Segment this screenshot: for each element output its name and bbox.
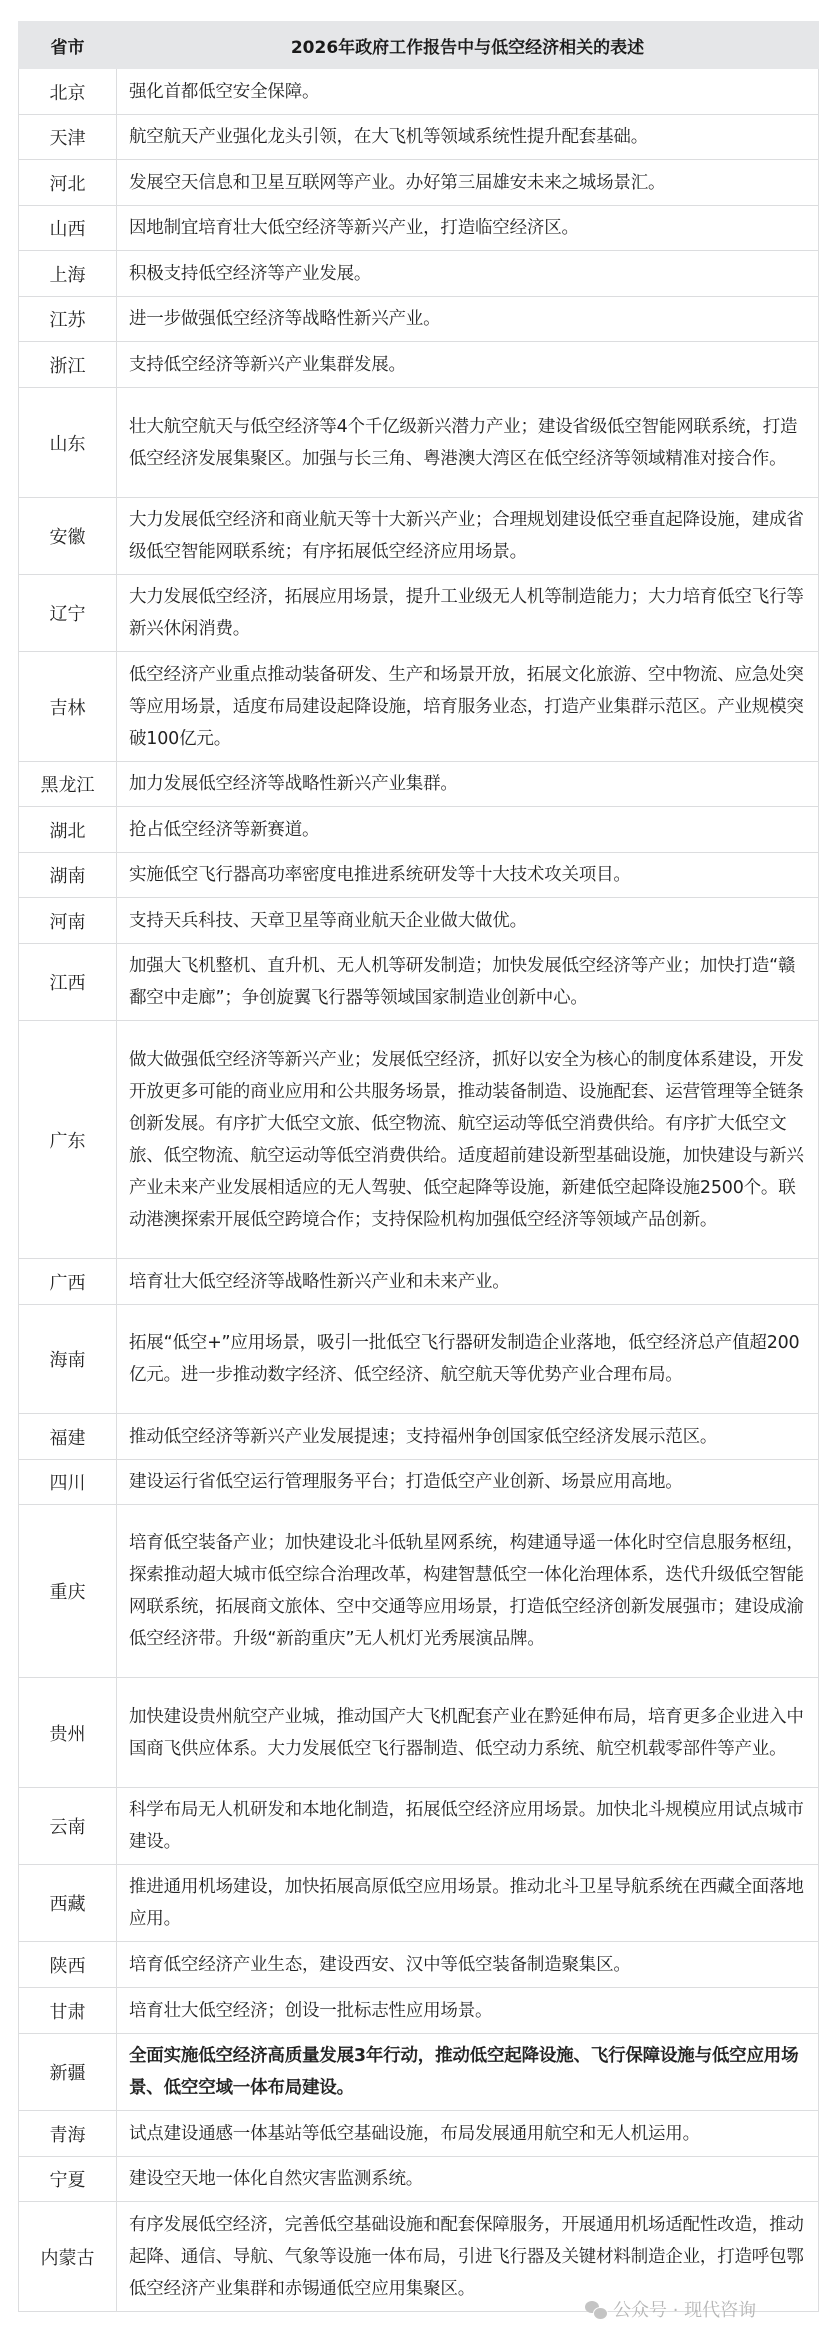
statement-cell: 拓展“低空+”应用场景，吸引一批低空飞行器研发制造企业落地，低空经济总产值超20…: [117, 1305, 819, 1414]
statement-cell: 推动低空经济等新兴产业发展提速；支持福州争创国家低空经济发展示范区。: [117, 1414, 819, 1460]
province-cell: 浙江: [19, 342, 117, 388]
province-cell: 湖南: [19, 853, 117, 898]
table-row: 河北发展空天信息和卫星互联网等产业。办好第三届雄安未来之城场景汇。: [19, 160, 819, 206]
statement-cell: 做大做强低空经济等新兴产业；发展低空经济，抓好以安全为核心的制度体系建设，开发开…: [117, 1021, 819, 1259]
table-row: 宁夏建设空天地一体化自然灾害监测系统。: [19, 2157, 819, 2202]
table-row: 甘肃培育壮大低空经济；创设一批标志性应用场景。: [19, 1988, 819, 2034]
table-row: 广西培育壮大低空经济等战略性新兴产业和未来产业。: [19, 1259, 819, 1305]
table-row: 安徽大力发展低空经济和商业航天等十大新兴产业；合理规划建设低空垂直起降设施，建成…: [19, 498, 819, 575]
province-cell: 湖北: [19, 807, 117, 853]
statement-cell: 壮大航空航天与低空经济等4个千亿级新兴潜力产业；建设省级低空智能网联系统，打造低…: [117, 388, 819, 498]
table-row: 广东做大做强低空经济等新兴产业；发展低空经济，抓好以安全为核心的制度体系建设，开…: [19, 1021, 819, 1259]
statement-cell: 加力发展低空经济等战略性新兴产业集群。: [117, 762, 819, 807]
table-row: 北京强化首都低空安全保障。: [19, 69, 819, 115]
province-cell: 山东: [19, 388, 117, 498]
statement-cell: 航空航天产业强化龙头引领，在大飞机等领域系统性提升配套基础。: [117, 115, 819, 160]
statement-cell: 建设空天地一体化自然灾害监测系统。: [117, 2157, 819, 2202]
statement-cell: 大力发展低空经济和商业航天等十大新兴产业；合理规划建设低空垂直起降设施，建成省级…: [117, 498, 819, 575]
table-row: 山西因地制宜培育壮大低空经济等新兴产业，打造临空经济区。: [19, 206, 819, 251]
table-header-row: 省市 2026年政府工作报告中与低空经济相关的表述: [19, 22, 819, 69]
province-cell: 海南: [19, 1305, 117, 1414]
table-row: 青海试点建设通感一体基站等低空基础设施，布局发展通用航空和无人机运用。: [19, 2111, 819, 2157]
statement-cell: 支持天兵科技、天章卫星等商业航天企业做大做优。: [117, 898, 819, 944]
statement-cell: 全面实施低空经济高质量发展3年行动，推动低空起降设施、飞行保障设施与低空应用场景…: [117, 2034, 819, 2111]
statement-cell: 积极支持低空经济等产业发展。: [117, 251, 819, 297]
table-row: 云南科学布局无人机研发和本地化制造，拓展低空经济应用场景。加快北斗规模应用试点城…: [19, 1788, 819, 1865]
table-row: 浙江支持低空经济等新兴产业集群发展。: [19, 342, 819, 388]
province-cell: 广西: [19, 1259, 117, 1305]
province-cell: 江苏: [19, 297, 117, 342]
table-row: 江苏进一步做强低空经济等战略性新兴产业。: [19, 297, 819, 342]
statement-cell: 加强大飞机整机、直升机、无人机等研发制造；加快发展低空经济等产业；加快打造“赣鄱…: [117, 944, 819, 1021]
province-cell: 上海: [19, 251, 117, 297]
province-cell: 新疆: [19, 2034, 117, 2111]
province-cell: 云南: [19, 1788, 117, 1865]
statement-cell: 支持低空经济等新兴产业集群发展。: [117, 342, 819, 388]
statement-cell: 培育壮大低空经济等战略性新兴产业和未来产业。: [117, 1259, 819, 1305]
province-cell: 安徽: [19, 498, 117, 575]
province-cell: 青海: [19, 2111, 117, 2157]
province-cell: 河北: [19, 160, 117, 206]
watermark: 公众号 · 现代咨询: [585, 2296, 756, 2322]
table-row: 上海积极支持低空经济等产业发展。: [19, 251, 819, 297]
province-cell: 黑龙江: [19, 762, 117, 807]
province-cell: 广东: [19, 1021, 117, 1259]
province-cell: 宁夏: [19, 2157, 117, 2202]
table-row: 四川建设运行省低空运行管理服务平台；打造低空产业创新、场景应用高地。: [19, 1460, 819, 1505]
table-row: 新疆全面实施低空经济高质量发展3年行动，推动低空起降设施、飞行保障设施与低空应用…: [19, 2034, 819, 2111]
statement-cell: 大力发展低空经济，拓展应用场景，提升工业级无人机等制造能力；大力培育低空飞行等新…: [117, 575, 819, 652]
statement-cell: 科学布局无人机研发和本地化制造，拓展低空经济应用场景。加快北斗规模应用试点城市建…: [117, 1788, 819, 1865]
low-altitude-economy-table: 省市 2026年政府工作报告中与低空经济相关的表述 北京强化首都低空安全保障。天…: [18, 21, 819, 2312]
table-row: 海南拓展“低空+”应用场景，吸引一批低空飞行器研发制造企业落地，低空经济总产值超…: [19, 1305, 819, 1414]
statement-cell: 推进通用机场建设，加快拓展高原低空应用场景。推动北斗卫星导航系统在西藏全面落地应…: [117, 1865, 819, 1942]
province-cell: 福建: [19, 1414, 117, 1460]
statement-cell: 加快建设贵州航空产业城，推动国产大飞机配套产业在黔延伸布局，培育更多企业进入中国…: [117, 1678, 819, 1788]
table-row: 河南支持天兵科技、天章卫星等商业航天企业做大做优。: [19, 898, 819, 944]
statement-cell: 因地制宜培育壮大低空经济等新兴产业，打造临空经济区。: [117, 206, 819, 251]
table-row: 重庆培育低空装备产业；加快建设北斗低轨星网系统，构建通导遥一体化时空信息服务枢纽…: [19, 1505, 819, 1678]
statement-cell: 建设运行省低空运行管理服务平台；打造低空产业创新、场景应用高地。: [117, 1460, 819, 1505]
statement-cell: 试点建设通感一体基站等低空基础设施，布局发展通用航空和无人机运用。: [117, 2111, 819, 2157]
province-cell: 贵州: [19, 1678, 117, 1788]
statement-cell: 有序发展低空经济，完善低空基础设施和配套保障服务，开展通用机场适配性改造，推动起…: [117, 2202, 819, 2312]
table-row: 天津航空航天产业强化龙头引领，在大飞机等领域系统性提升配套基础。: [19, 115, 819, 160]
table-row: 湖南实施低空飞行器高功率密度电推进系统研发等十大技术攻关项目。: [19, 853, 819, 898]
statement-cell: 抢占低空经济等新赛道。: [117, 807, 819, 853]
table-body: 北京强化首都低空安全保障。天津航空航天产业强化龙头引领，在大飞机等领域系统性提升…: [19, 69, 819, 2312]
statement-cell: 培育壮大低空经济；创设一批标志性应用场景。: [117, 1988, 819, 2034]
statement-cell: 低空经济产业重点推动装备研发、生产和场景开放，拓展文化旅游、空中物流、应急处突等…: [117, 652, 819, 762]
province-cell: 吉林: [19, 652, 117, 762]
table-row: 黑龙江加力发展低空经济等战略性新兴产业集群。: [19, 762, 819, 807]
table-row: 山东壮大航空航天与低空经济等4个千亿级新兴潜力产业；建设省级低空智能网联系统，打…: [19, 388, 819, 498]
table-row: 辽宁大力发展低空经济，拓展应用场景，提升工业级无人机等制造能力；大力培育低空飞行…: [19, 575, 819, 652]
watermark-text: 公众号 · 现代咨询: [613, 2296, 756, 2322]
province-cell: 甘肃: [19, 1988, 117, 2034]
header-province: 省市: [19, 22, 117, 69]
province-cell: 江西: [19, 944, 117, 1021]
statement-cell: 进一步做强低空经济等战略性新兴产业。: [117, 297, 819, 342]
wechat-icon: [585, 2299, 607, 2319]
table-row: 贵州加快建设贵州航空产业城，推动国产大飞机配套产业在黔延伸布局，培育更多企业进入…: [19, 1678, 819, 1788]
province-cell: 辽宁: [19, 575, 117, 652]
province-cell: 河南: [19, 898, 117, 944]
province-cell: 内蒙古: [19, 2202, 117, 2312]
province-cell: 西藏: [19, 1865, 117, 1942]
statement-cell: 发展空天信息和卫星互联网等产业。办好第三届雄安未来之城场景汇。: [117, 160, 819, 206]
table-row: 西藏推进通用机场建设，加快拓展高原低空应用场景。推动北斗卫星导航系统在西藏全面落…: [19, 1865, 819, 1942]
table-row: 福建推动低空经济等新兴产业发展提速；支持福州争创国家低空经济发展示范区。: [19, 1414, 819, 1460]
province-cell: 重庆: [19, 1505, 117, 1678]
statement-cell: 培育低空装备产业；加快建设北斗低轨星网系统，构建通导遥一体化时空信息服务枢纽，探…: [117, 1505, 819, 1678]
province-cell: 北京: [19, 69, 117, 115]
province-cell: 陕西: [19, 1942, 117, 1988]
statement-cell: 实施低空飞行器高功率密度电推进系统研发等十大技术攻关项目。: [117, 853, 819, 898]
province-cell: 山西: [19, 206, 117, 251]
table-row: 湖北抢占低空经济等新赛道。: [19, 807, 819, 853]
header-statement: 2026年政府工作报告中与低空经济相关的表述: [117, 22, 819, 69]
statement-cell: 培育低空经济产业生态，建设西安、汉中等低空装备制造聚集区。: [117, 1942, 819, 1988]
table-row: 内蒙古有序发展低空经济，完善低空基础设施和配套保障服务，开展通用机场适配性改造，…: [19, 2202, 819, 2312]
province-cell: 天津: [19, 115, 117, 160]
table-row: 陕西培育低空经济产业生态，建设西安、汉中等低空装备制造聚集区。: [19, 1942, 819, 1988]
statement-cell: 强化首都低空安全保障。: [117, 69, 819, 115]
table-row: 江西加强大飞机整机、直升机、无人机等研发制造；加快发展低空经济等产业；加快打造“…: [19, 944, 819, 1021]
table-row: 吉林低空经济产业重点推动装备研发、生产和场景开放，拓展文化旅游、空中物流、应急处…: [19, 652, 819, 762]
province-cell: 四川: [19, 1460, 117, 1505]
